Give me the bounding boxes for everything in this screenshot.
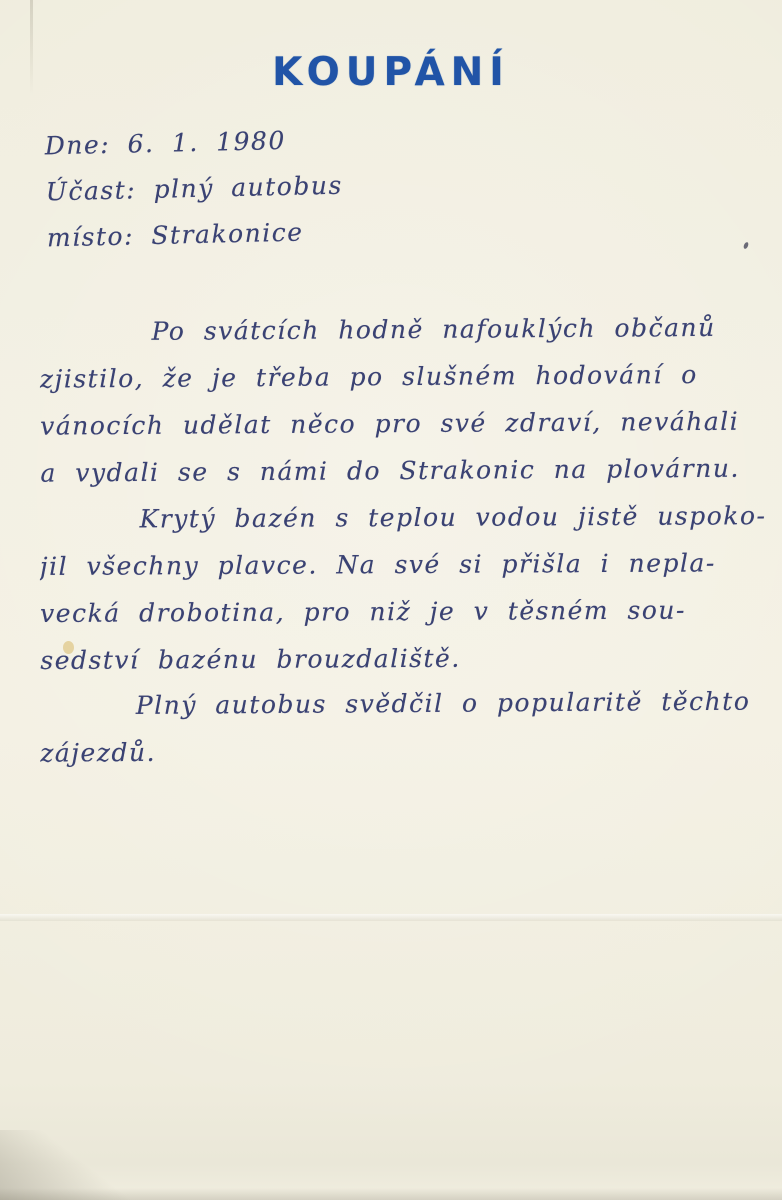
handwriting-line: Po svátcích hodně nafouklých občanů — [39, 303, 781, 355]
ink-speck — [743, 241, 750, 249]
handwriting-line: a vydali se s námi do Strakonic na plová… — [40, 444, 782, 496]
paragraph-1: Po svátcích hodně nafouklých občanů zjis… — [39, 303, 782, 496]
paragraph-3: Plný autobus svědčil o popularitě těchto… — [40, 677, 782, 776]
scanned-page: KOUPÁNÍ Dne: 6. 1. 1980 Účast: plný auto… — [0, 0, 782, 1200]
paper-crease-vertical — [30, 0, 33, 96]
handwriting-line: jil všechny plavce. Na své si přišla i n… — [40, 539, 782, 590]
handwriting-line: vánocích udělat něco pro své zdraví, nev… — [40, 397, 782, 449]
handwriting-line: zájezdů. — [40, 724, 782, 776]
page-bottom-edge — [0, 1188, 782, 1200]
handwriting-line: Plný autobus svědčil o popularitě těchto — [40, 677, 782, 729]
handwriting-line: vecká drobotina, pro niž je v těsném sou… — [40, 586, 782, 637]
paper-crease-horizontal — [0, 914, 782, 921]
paper-stain — [63, 641, 74, 654]
meta-block: Dne: 6. 1. 1980 Účast: plný autobus míst… — [44, 125, 344, 270]
handwriting-line: sedství bazénu brouzdaliště. — [40, 633, 782, 684]
handwriting-line: Krytý bazén s teplou vodou jistě uspoko- — [40, 492, 782, 543]
meta-line-date: Dne: 6. 1. 1980 — [44, 125, 342, 178]
handwriting-line: zjistilo, že je třeba po slušném hodován… — [40, 350, 782, 402]
meta-line-attendance: Účast: plný autobus — [46, 171, 344, 224]
meta-line-place: místo: Strakonice — [47, 217, 345, 270]
page-title: KOUPÁNÍ — [0, 50, 782, 95]
paragraph-2: Krytý bazén s teplou vodou jistě uspoko-… — [40, 492, 782, 684]
